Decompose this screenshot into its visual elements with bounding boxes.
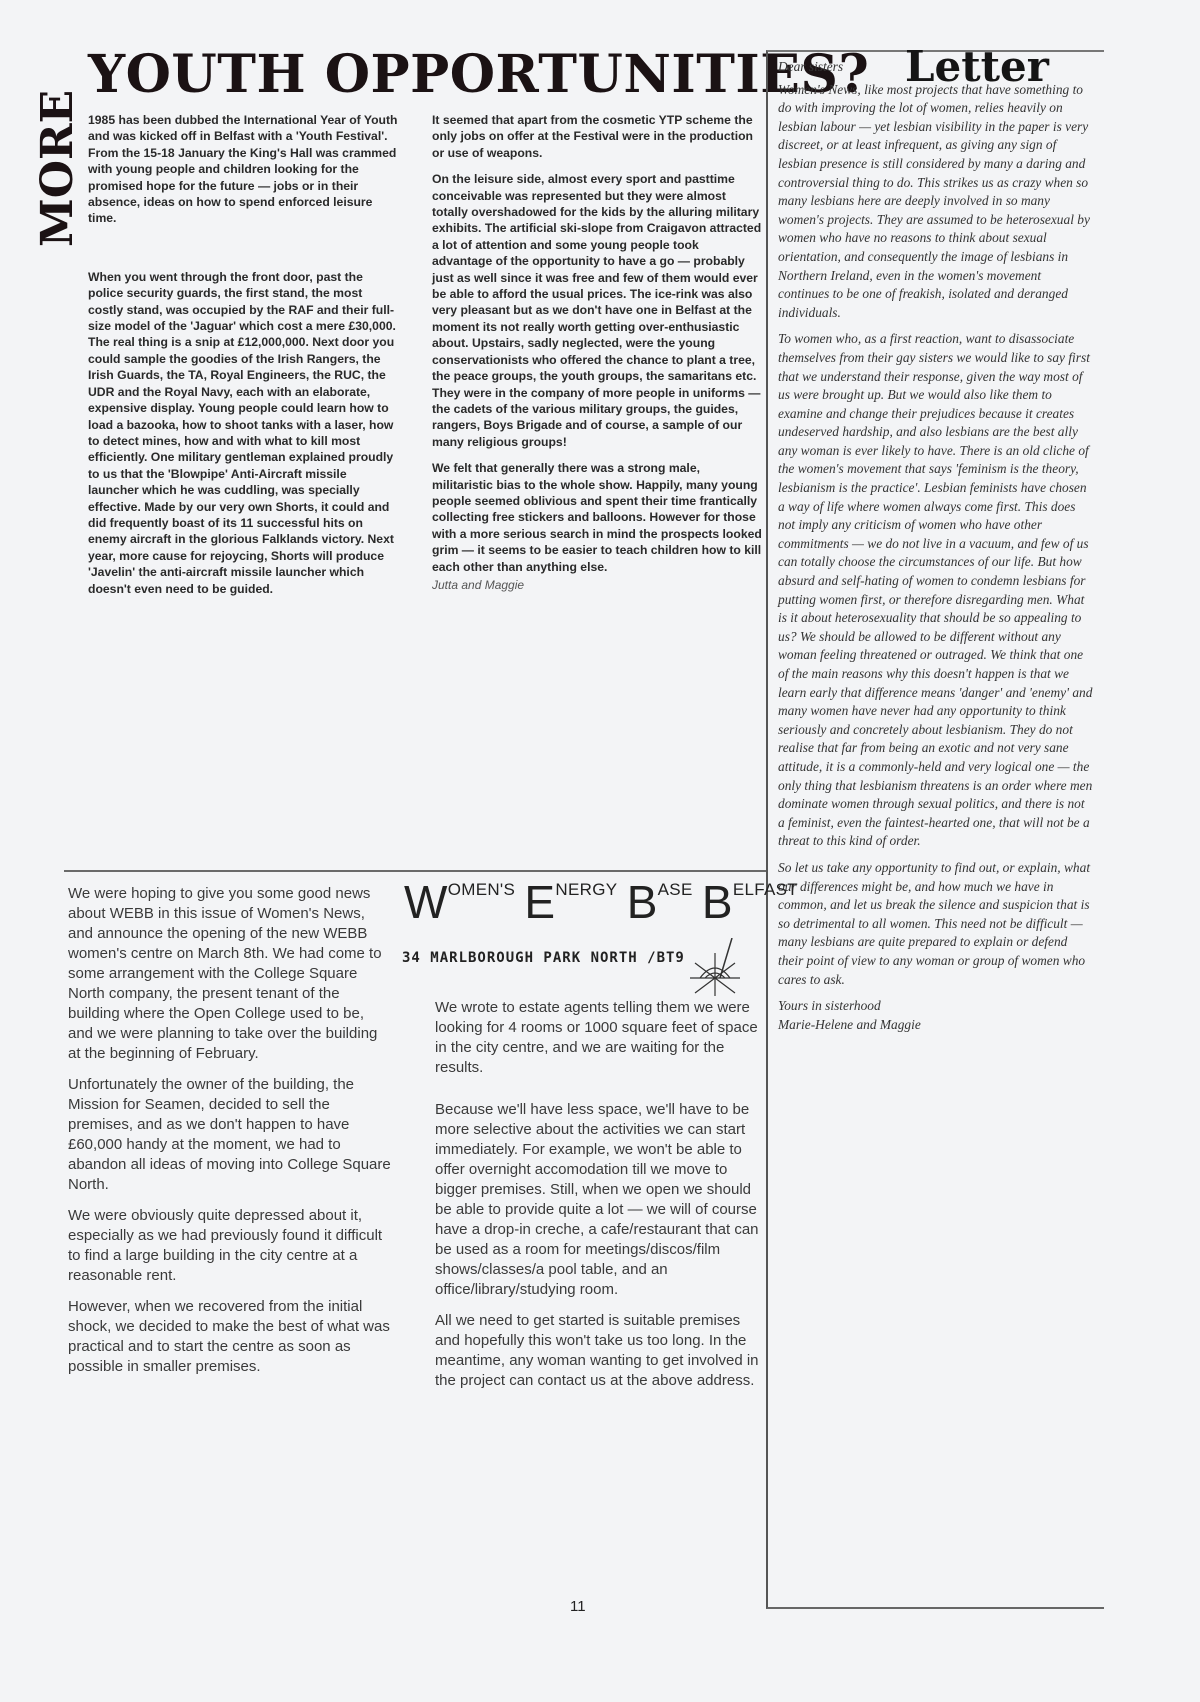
youth-paragraph: It seemed that apart from the cosmetic Y…: [432, 112, 762, 161]
webb-paragraph: We wrote to estate agents telling them w…: [435, 998, 760, 1078]
webb-paragraph: However, when we recovered from the init…: [68, 1297, 393, 1377]
webb-paragraph: We were hoping to give you some good new…: [68, 884, 393, 1064]
webb-logo-wordmark: WOMEN'S ENERGY BASE BELFAST: [404, 878, 798, 926]
webb-logo: WOMEN'S ENERGY BASE BELFAST 34 MARLBOROU…: [400, 878, 770, 998]
webb-paragraph: Unfortunately the owner of the building,…: [68, 1075, 393, 1195]
newsletter-page: MORE YOUTH OPPORTUNITIES? 1985 has been …: [0, 0, 1200, 1702]
letter-paragraph: Women's News, like most projects that ha…: [778, 81, 1094, 323]
letter-paragraph: To women who, as a first reaction, want …: [778, 330, 1094, 851]
headline-youth-opportunities: YOUTH OPPORTUNITIES?: [88, 44, 778, 106]
spider-web-icon: [680, 938, 750, 998]
youth-paragraph: We felt that generally there was a stron…: [432, 460, 762, 575]
page-number: 11: [570, 1598, 586, 1615]
youth-paragraph: On the leisure side, almost every sport …: [432, 171, 762, 450]
youth-paragraph: When you went through the front door, pa…: [88, 269, 398, 597]
letter-body: Dear sisters Women's News, like most pro…: [778, 58, 1094, 1042]
webb-article-column-1: We were hoping to give you some good new…: [68, 884, 393, 1388]
webb-address: 34 MARLBOROUGH PARK NORTH /BT9: [402, 950, 685, 966]
webb-paragraph: We were obviously quite depressed about …: [68, 1206, 393, 1286]
section-divider: [64, 870, 766, 872]
youth-signature: Jutta and Maggie: [432, 577, 762, 593]
youth-article-column-2: It seemed that apart from the cosmetic Y…: [432, 112, 762, 603]
webb-paragraph: All we need to get started is suitable p…: [435, 1311, 760, 1391]
webb-article-column-2: We wrote to estate agents telling them w…: [435, 998, 760, 1402]
letter-greeting: Dear sisters: [778, 58, 1094, 77]
letter-closing: Yours in sisterhood: [778, 997, 1094, 1016]
letter-paragraph: So let us take any opportunity to find o…: [778, 859, 1094, 989]
letter-signature: Marie-Helene and Maggie: [778, 1016, 1094, 1035]
webb-paragraph: Because we'll have less space, we'll hav…: [435, 1100, 760, 1300]
kicker-more: MORE: [30, 88, 90, 248]
youth-paragraph: 1985 has been dubbed the International Y…: [88, 112, 398, 227]
youth-article-column-1: 1985 has been dubbed the International Y…: [88, 112, 398, 607]
